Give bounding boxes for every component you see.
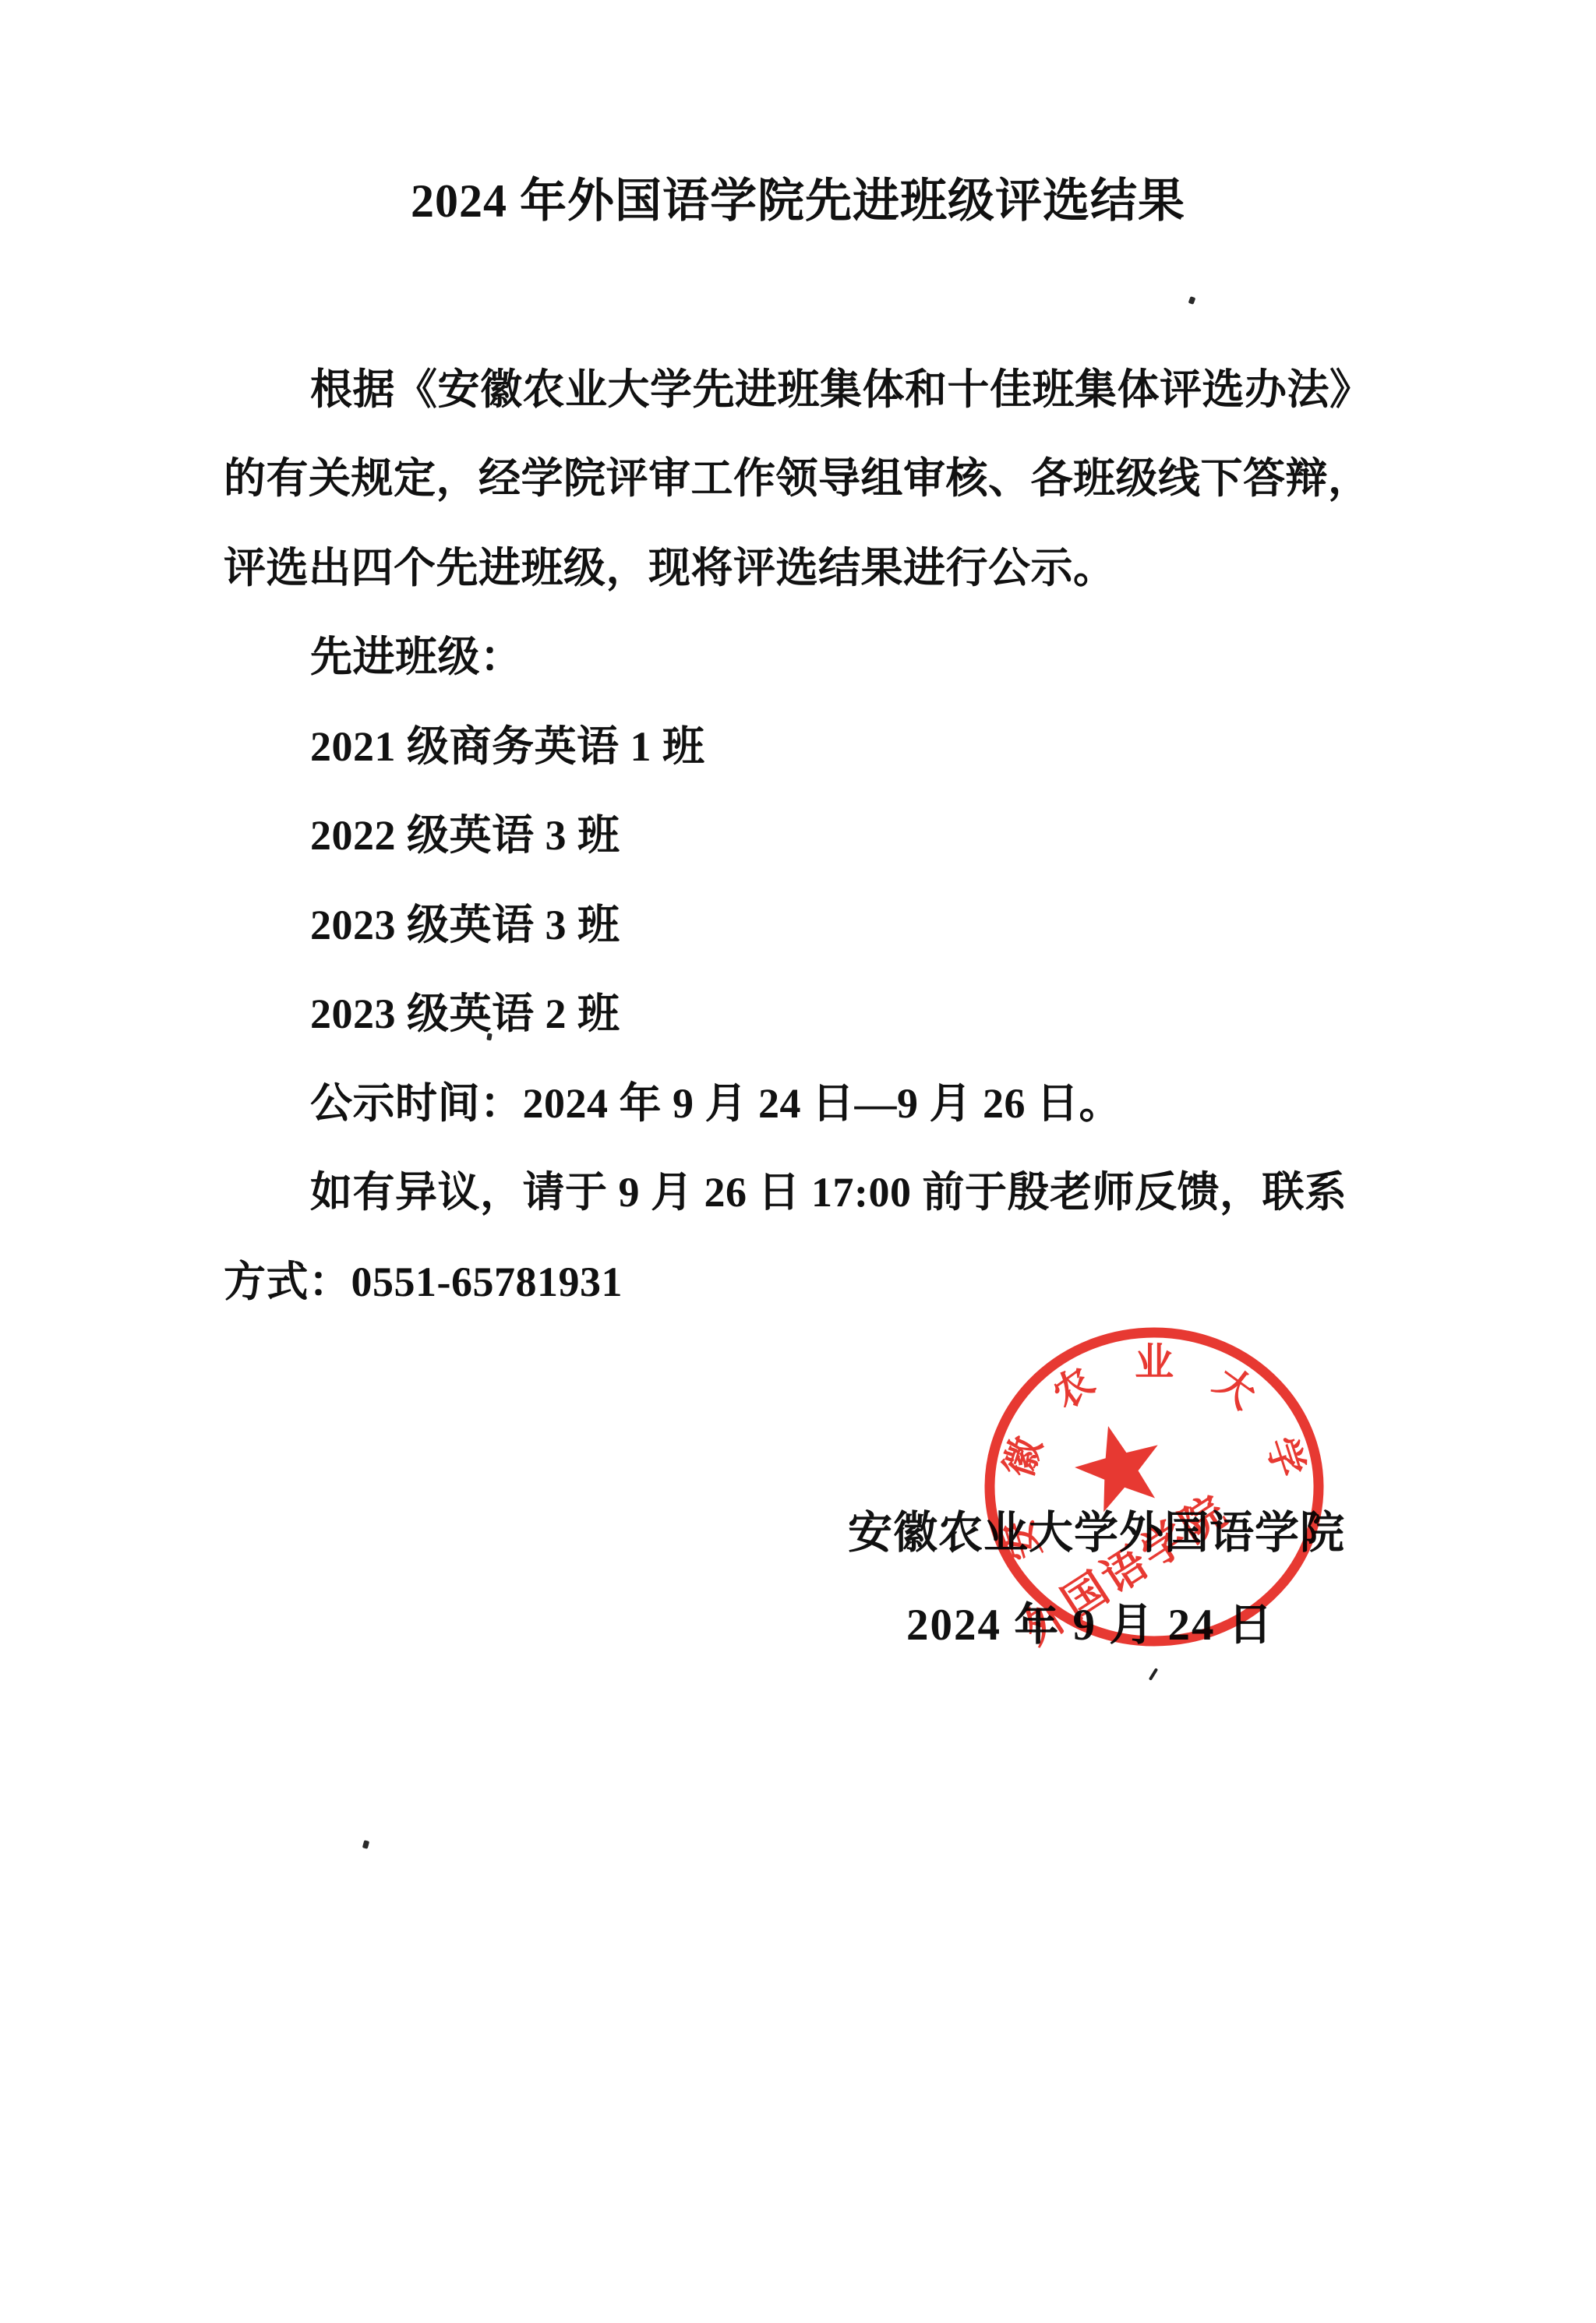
- ink-speck: [1188, 296, 1196, 305]
- stray-tick-mark: [1149, 1668, 1158, 1681]
- seal-graphic: 安 徽 农 业 大 学 外国语学院: [979, 1317, 1329, 1652]
- paragraph-line: 评选出四个先进班级，现将评选结果进行公示。: [224, 520, 1346, 609]
- document-page: 2024 年外国语学院先进班级评选结果 根据《安徽农业大学先进班集体和十佳班集体…: [0, 0, 1596, 2323]
- seal-arc-char: 徽: [996, 1432, 1050, 1482]
- list-item-class: 2023 级英语 3 班: [224, 877, 1346, 966]
- list-item-class: 2022 级英语 3 班: [224, 788, 1346, 877]
- contact-phone-line: 方式：0551-65781931: [224, 1234, 1346, 1323]
- star-icon: [1075, 1426, 1158, 1512]
- publicity-period-line: 公示时间：2024 年 9 月 24 日—9 月 26 日。: [224, 1055, 1346, 1145]
- official-seal: 安 徽 农 业 大 学 外国语学院: [979, 1317, 1329, 1652]
- ink-speck: [362, 1840, 369, 1848]
- paragraph-line: 根据《安徽农业大学先进班集体和十佳班集体评选办法》: [224, 341, 1346, 431]
- list-item-class: 2021 级商务英语 1 班: [224, 698, 1346, 788]
- list-item-class: 2023 级英语 2 班: [224, 966, 1346, 1056]
- feedback-line: 如有异议，请于 9 月 26 日 17:00 前于殷老师反馈，联系: [224, 1145, 1346, 1234]
- section-label: 先进班级：: [224, 609, 1346, 699]
- seal-inner-text: 外国语学院: [1014, 1485, 1237, 1652]
- document-title: 2024 年外国语学院先进班级评选结果: [0, 173, 1596, 229]
- paragraph-line: 的有关规定，经学院评审工作领导组审核、各班级线下答辩，: [224, 431, 1346, 521]
- document-body: 根据《安徽农业大学先进班集体和十佳班集体评选办法》 的有关规定，经学院评审工作领…: [224, 341, 1346, 1323]
- seal-arc-char: 业: [1135, 1340, 1174, 1384]
- seal-arc-char: 学: [1259, 1432, 1312, 1482]
